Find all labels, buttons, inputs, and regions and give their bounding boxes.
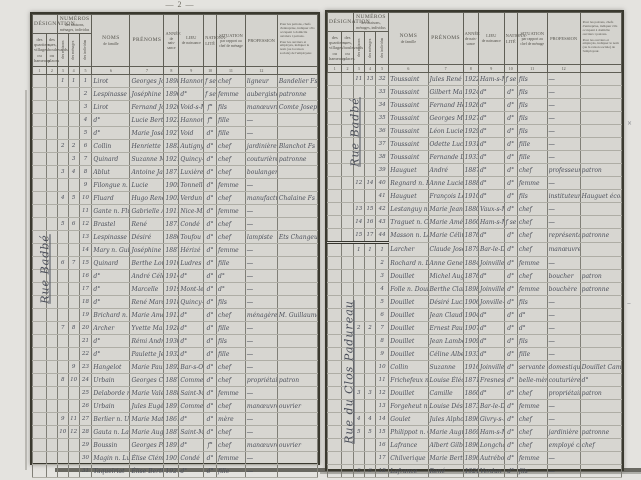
- cell: Bar-s-Ornain: [179, 361, 204, 374]
- cell: Fernand Joseph: [130, 101, 164, 114]
- cell: 2: [376, 257, 389, 270]
- cell: ―: [547, 86, 580, 99]
- cell: Douillet: [389, 309, 428, 322]
- header-remarks: Pour les patrons, chefs d'entreprise, in…: [580, 13, 621, 65]
- cell: Jean Claude: [428, 309, 463, 322]
- cell: lampiste: [245, 231, 277, 244]
- designation-cell: [33, 140, 47, 153]
- cell: [277, 283, 317, 296]
- cell: 1: [353, 243, 364, 257]
- cell: 16: [376, 439, 389, 452]
- cell: 1916: [463, 361, 478, 374]
- cell: 1929: [463, 125, 478, 138]
- cell: 1932: [164, 348, 179, 361]
- census-page-left: DÉSIGNATION NUMÉROSdes maisons, ménages,…: [30, 12, 320, 465]
- cell: Bar-le-Duc: [478, 243, 504, 257]
- cell: 8: [57, 374, 68, 387]
- cell: 1886: [164, 231, 179, 244]
- cell: Marie Valérie Cécile: [130, 387, 164, 400]
- cell: [68, 88, 79, 101]
- header-designation-sub2: des rues, boulevards ou places: [47, 34, 58, 67]
- designation-cell: [342, 465, 353, 478]
- designation-cell: [33, 335, 47, 348]
- cell: Douillet Camille: [580, 361, 621, 374]
- cell: 8: [68, 322, 79, 335]
- cell: d°: [478, 99, 504, 112]
- cell: [277, 361, 317, 374]
- cell: [277, 452, 317, 465]
- cell: [364, 309, 375, 322]
- designation-cell: [342, 229, 353, 243]
- cell: Marie Céline: [428, 229, 463, 243]
- cell: Longchamp: [478, 439, 504, 452]
- cell: 12: [79, 218, 92, 231]
- designation-cell: [33, 387, 47, 400]
- cell: Anne Geneviève: [428, 257, 463, 270]
- designation-cell: [328, 216, 342, 229]
- cell: d°: [204, 335, 217, 348]
- cell: Jules Eugène: [130, 400, 164, 413]
- cell: ―: [245, 387, 277, 400]
- designation-cell: [47, 374, 58, 387]
- cell: [580, 99, 621, 112]
- designation-cell: [328, 257, 342, 270]
- census-page-right: DÉSIGNATION NUMÉROSdes maisons, ménages,…: [325, 10, 624, 471]
- cell: chef: [217, 231, 246, 244]
- cell: René: [428, 465, 463, 478]
- designation-cell: [47, 426, 58, 439]
- cell: [277, 387, 317, 400]
- header-numeros-menages: des ménages: [68, 34, 79, 67]
- cell: Hauguet: [389, 190, 428, 203]
- cell: Quinard: [92, 257, 130, 270]
- cell: Élise Berthe: [130, 465, 164, 478]
- cell: d°: [504, 138, 517, 151]
- cell: [580, 400, 621, 413]
- cell: [68, 439, 79, 452]
- cell: [580, 86, 621, 99]
- cell: 8: [376, 335, 389, 348]
- cell: 31: [79, 465, 92, 478]
- cell: d°: [204, 374, 217, 387]
- cell: f se: [204, 88, 217, 101]
- designation-cell: [328, 309, 342, 322]
- designation-cell: [328, 164, 342, 177]
- cell: chef: [517, 413, 547, 426]
- cell: fille: [517, 348, 547, 361]
- street-name-vertical: Rue Badbé: [349, 97, 362, 167]
- cell: [277, 257, 317, 270]
- designation-cell: [328, 229, 342, 243]
- table-row: 34ToussaintFernand Henri1926d°d°fils―: [328, 99, 622, 112]
- cell: Rochard n. Larcher: [389, 257, 428, 270]
- cell: Douillet: [389, 348, 428, 361]
- cell: [364, 257, 375, 270]
- cell: 6: [57, 257, 68, 270]
- cell: Berthe Louise Marie: [130, 257, 164, 270]
- cell: f°: [204, 114, 217, 127]
- cell: 33: [376, 86, 389, 99]
- cell: Gante n. Fluard: [92, 205, 130, 218]
- cell: ouvrier: [277, 439, 317, 452]
- cell: 1933: [463, 151, 478, 164]
- cell: ―: [245, 335, 277, 348]
- cell: Fluard: [92, 192, 130, 205]
- cell: 1892: [164, 361, 179, 374]
- designation-cell: [328, 99, 342, 112]
- cell: 10: [57, 426, 68, 439]
- cell: [57, 452, 68, 465]
- cell: Toussaint: [389, 73, 428, 86]
- cell: ―: [547, 465, 580, 478]
- cell: d°: [504, 400, 517, 413]
- cell: 2: [79, 88, 92, 101]
- column-number-row: 12 34 56 78 910 1112: [328, 65, 622, 73]
- cell: Regnard n. Hauguet: [389, 177, 428, 190]
- cell: 5: [376, 296, 389, 309]
- cell: [277, 205, 317, 218]
- table-row: 5515Philippot n. ConfraintMarie Augustin…: [328, 426, 622, 439]
- cell: fille: [217, 127, 246, 140]
- cell: Lirot: [92, 101, 130, 114]
- cell: 13: [376, 400, 389, 413]
- cell: Marie Josèphe: [130, 127, 164, 140]
- cell: 36: [376, 125, 389, 138]
- cell: [277, 218, 317, 231]
- cell: [68, 400, 79, 413]
- cell: 3: [376, 270, 389, 283]
- table-row: 101228Gauta n. LaurentMarie Augustine Jt…: [33, 426, 318, 439]
- cell: Douillet: [389, 270, 428, 283]
- cell: Bandelier Fs Bar-le-Duc: [277, 75, 317, 88]
- cell: Georges Paul: [130, 439, 164, 452]
- cell: René Marcel: [130, 296, 164, 309]
- cell: Quinard: [92, 153, 130, 166]
- cell: 26: [79, 400, 92, 413]
- cell: Brichard n. Faul: [92, 309, 130, 322]
- cell: 23: [79, 361, 92, 374]
- cell: [580, 335, 621, 348]
- designation-cell: [47, 309, 58, 322]
- cell: d°: [504, 465, 517, 478]
- cell: 16: [79, 270, 92, 283]
- cell: Marie Pauline: [130, 361, 164, 374]
- cell: servante: [517, 361, 547, 374]
- cell: ―: [245, 348, 277, 361]
- cell: 41: [376, 190, 389, 203]
- cell: 6: [376, 309, 389, 322]
- cell: femme: [217, 244, 246, 257]
- cell: [580, 216, 621, 229]
- cell: 34: [376, 99, 389, 112]
- cell: ―: [245, 283, 277, 296]
- cell: [277, 127, 317, 140]
- cell: chef: [580, 439, 621, 452]
- cell: 1922: [463, 73, 478, 86]
- cell: chef: [517, 203, 547, 216]
- cell: Magin n. Lutterini: [92, 452, 130, 465]
- cell: René: [130, 218, 164, 231]
- cell: [57, 283, 68, 296]
- table-row: 11Frichefeux n. MalletLouise Éléonore187…: [328, 374, 622, 387]
- table-row: 14Mary n. GuithelJoséphine1887Hérizéd°fe…: [33, 244, 318, 257]
- cell: Georges Joseph: [130, 75, 164, 88]
- cell: Marie Amélie: [130, 309, 164, 322]
- cell: femme: [517, 177, 547, 190]
- cell: [57, 231, 68, 244]
- cell: [364, 400, 375, 413]
- cell: d°: [217, 270, 246, 283]
- header-designation-sub1: des quartiers, villages ou hameaux: [328, 32, 342, 65]
- cell: [277, 179, 317, 192]
- designation-cell: [33, 101, 47, 114]
- cell: [580, 296, 621, 309]
- cell: d°: [504, 99, 517, 112]
- designation-cell: [328, 439, 342, 452]
- designation-cell: [328, 138, 342, 151]
- cell: 1901: [164, 452, 179, 465]
- cell: Toussaint: [389, 112, 428, 125]
- cell: Léon Lucien: [428, 125, 463, 138]
- cell: [57, 348, 68, 361]
- cell: fille: [217, 465, 246, 478]
- paper-edge: [25, 90, 27, 470]
- cell: Désiré: [130, 231, 164, 244]
- table-row: 151744Masson n. LafriqueMarie Céline1876…: [328, 229, 622, 243]
- cell: chef: [217, 140, 246, 153]
- table-row: 4414GouletJules Alphonse1896Givry-s-Md°c…: [328, 413, 622, 426]
- cell: 1911: [164, 205, 179, 218]
- cell: [364, 270, 375, 283]
- cell: 27: [79, 413, 92, 426]
- cell: 1921: [164, 153, 179, 166]
- table-row: 227DouilletErnest Paul1907d°d°d°―: [328, 322, 622, 335]
- street-name-vertical: Rue du Clos Padureau: [343, 300, 356, 444]
- cell: f°: [204, 101, 217, 114]
- cell: 2: [364, 322, 375, 335]
- cell: instituteur: [547, 190, 580, 203]
- cell: Hérizé: [179, 244, 204, 257]
- cell: [580, 151, 621, 164]
- cell: 35: [376, 112, 389, 125]
- cell: fille: [217, 257, 246, 270]
- table-row: 11Gante n. FluardGabrielle Adèle1911Nice…: [33, 205, 318, 218]
- cell: 14: [353, 216, 364, 229]
- cell: chef: [517, 243, 547, 257]
- cell: chef: [517, 229, 547, 243]
- designation-cell: [33, 452, 47, 465]
- cell: d°: [204, 140, 217, 153]
- cell: Hannonville: [179, 114, 204, 127]
- header-nationalite: NATIONA- LITÉ: [504, 13, 517, 65]
- cell: d°: [504, 112, 517, 125]
- designation-cell: [328, 322, 342, 335]
- designation-cell: [342, 190, 353, 203]
- cell: 1910: [463, 190, 478, 203]
- cell: 1896: [463, 413, 478, 426]
- table-row: 13LespinasseDésiré1886Toufoud°cheflampis…: [33, 231, 318, 244]
- cell: ―: [245, 244, 277, 257]
- cell: 11: [68, 413, 79, 426]
- cell: femme: [517, 257, 547, 270]
- cell: [68, 127, 79, 140]
- cell: ―: [245, 270, 277, 283]
- cell: [580, 203, 621, 216]
- cell: ―: [245, 296, 277, 309]
- cell: d°: [478, 177, 504, 190]
- cell: f se: [504, 216, 517, 229]
- cell: d°: [204, 283, 217, 296]
- cell: 19: [79, 309, 92, 322]
- cell: patron: [580, 387, 621, 400]
- table-row: 121440Regnard n. HauguetAnne Lucie1888d°…: [328, 177, 622, 190]
- cell: femme: [217, 205, 246, 218]
- cell: d°: [504, 335, 517, 348]
- cell: 29: [79, 439, 92, 452]
- cell: Jean Lambert: [428, 335, 463, 348]
- cell: Ets Changeur s. l'État: [277, 231, 317, 244]
- scanned-census-register: — 2 — DÉSIGNATION NUMÉROSdes maisons, mé…: [0, 0, 641, 480]
- cell: 1919: [164, 283, 179, 296]
- cell: d°: [179, 335, 204, 348]
- cell: 7: [68, 257, 79, 270]
- cell: [364, 361, 375, 374]
- header-profession: PROFESSION: [245, 15, 277, 67]
- table-row: 348AblutAntoine Jacques1871Luxièresd°che…: [33, 166, 318, 179]
- table-header: DÉSIGNATION NUMÉROSdes maisons, ménages,…: [328, 13, 622, 73]
- table-row: 2Lespinasse n. LirotJoséphine1896d°f sef…: [33, 88, 318, 101]
- cell: fille: [517, 138, 547, 151]
- page-number: — 2 —: [150, 0, 210, 9]
- designation-cell: [47, 348, 58, 361]
- header-profession: PROFESSION: [547, 13, 580, 65]
- cell: 1923: [164, 114, 179, 127]
- cell: 1: [68, 75, 79, 88]
- cell: d°: [504, 190, 517, 203]
- cell: fils: [517, 296, 547, 309]
- cell: 1891: [164, 400, 179, 413]
- cell: ―: [245, 413, 277, 426]
- cell: 1896: [164, 88, 179, 101]
- cell: d°: [504, 151, 517, 164]
- cell: 13: [79, 231, 92, 244]
- cell: d°: [204, 361, 217, 374]
- cell: fils: [517, 99, 547, 112]
- cell: Vaux-s-Mse: [478, 203, 504, 216]
- cell: ―: [547, 322, 580, 335]
- cell: [277, 114, 317, 127]
- cell: Marie Augustine: [428, 426, 463, 439]
- cell: Joinville-Mse: [478, 361, 504, 374]
- cell: Douillet: [389, 296, 428, 309]
- cell: jardinière: [245, 140, 277, 153]
- cell: chef: [217, 75, 246, 88]
- cell: Odette Lucie: [428, 138, 463, 151]
- table-row: 3LirotFernand Joseph1920Void-s-Msef°fils…: [33, 101, 318, 114]
- cell: 22: [79, 348, 92, 361]
- cell: [364, 348, 375, 361]
- table-row: 10CollinSuzanne1916Joinville-Msed°servan…: [328, 361, 622, 374]
- cell: 1921: [463, 465, 478, 478]
- cell: Jules René: [428, 73, 463, 86]
- cell: couturière: [245, 153, 277, 166]
- designation-cell: [33, 153, 47, 166]
- cell: [580, 257, 621, 270]
- cell: d°: [504, 177, 517, 190]
- cell: 17: [79, 283, 92, 296]
- cell: [57, 400, 68, 413]
- cell: Berlier n. Urbain: [92, 413, 130, 426]
- table-row: 6618LafranceRené1921Verdund°fils―: [328, 465, 622, 478]
- designation-cell: [328, 125, 342, 138]
- cell: 1887: [463, 164, 478, 177]
- cell: ―: [547, 400, 580, 413]
- cell: [57, 296, 68, 309]
- cell: [580, 465, 621, 478]
- cell: Louise Éléonore: [428, 374, 463, 387]
- table-row: 17d°Marcelle1919Mont-le-Bond°d°―: [33, 283, 318, 296]
- cell: 1: [57, 75, 68, 88]
- cell: Archer: [92, 322, 130, 335]
- header-numeros-individus: des individus: [79, 34, 92, 67]
- designation-cell: [33, 205, 47, 218]
- cell: 1927: [164, 127, 179, 140]
- cell: Givry-s-M: [478, 413, 504, 426]
- cell: François Louis: [428, 190, 463, 203]
- table-row: 38ToussaintFernande Louise1933d°d°fille―: [328, 151, 622, 164]
- cell: 1879: [463, 243, 478, 257]
- cell: 13: [364, 73, 375, 86]
- cell: 1927: [463, 112, 478, 125]
- cell: d°: [92, 348, 130, 361]
- cell: [57, 205, 68, 218]
- column-number-row: 12 34 56 78 910 1112: [33, 67, 318, 75]
- cell: Saint-Mihiel: [179, 387, 204, 400]
- cell: Luxières: [179, 166, 204, 179]
- cell: fille: [517, 151, 547, 164]
- designation-cell: [47, 413, 58, 426]
- cell: Brastel: [92, 218, 130, 231]
- header-lieu: LIEUde naissance: [179, 15, 204, 67]
- designation-cell: [33, 439, 47, 452]
- cell: Georges Marius: [428, 112, 463, 125]
- cell: ―: [547, 335, 580, 348]
- cell: [68, 270, 79, 283]
- cell: propriétaire exploit.: [547, 387, 580, 400]
- cell: d°: [504, 387, 517, 400]
- cell: [57, 101, 68, 114]
- cell: 14: [79, 244, 92, 257]
- cell: femme: [217, 179, 246, 192]
- cell: fils: [517, 335, 547, 348]
- designation-cell: [47, 192, 58, 205]
- cell: [364, 296, 375, 309]
- cell: Ernest Paul: [428, 322, 463, 335]
- street-name-vertical: Rue Badbé: [39, 234, 52, 304]
- cell: [68, 348, 79, 361]
- cell: ―: [547, 257, 580, 270]
- cell: manufacturier d'arbres: [245, 192, 277, 205]
- cell: 1904: [463, 309, 478, 322]
- cell: d°: [504, 452, 517, 465]
- designation-cell: [47, 439, 58, 452]
- cell: [580, 73, 621, 86]
- designation-cell: [47, 166, 58, 179]
- cell: d°: [478, 348, 504, 361]
- cell: Toussaint: [389, 99, 428, 112]
- cell: Void-s-Mse: [179, 101, 204, 114]
- cell: d°: [92, 114, 130, 127]
